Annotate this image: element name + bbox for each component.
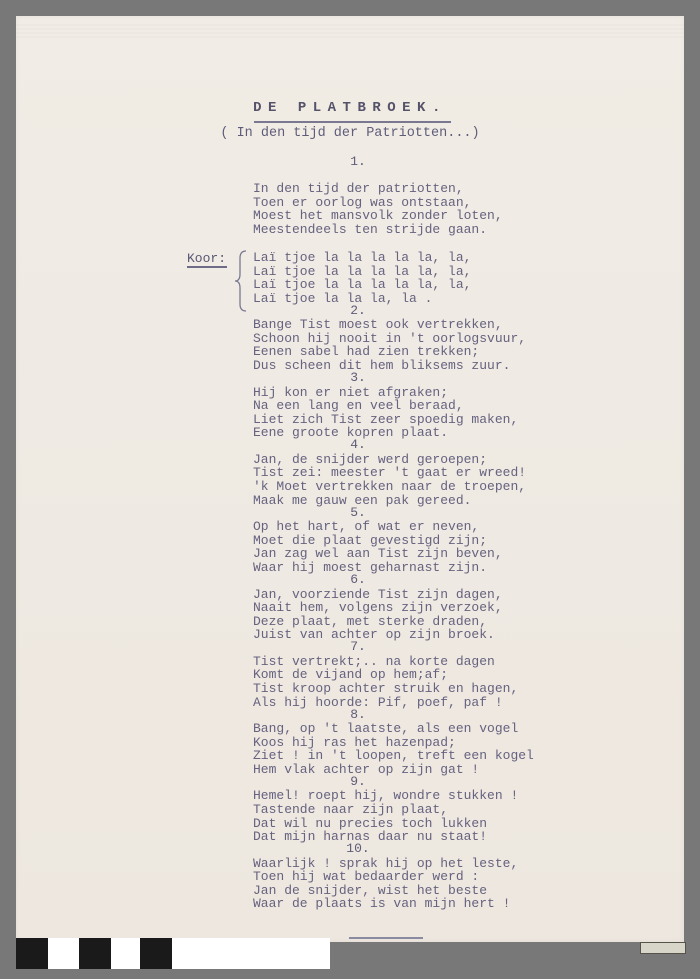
verse-2: Bange Tist moest ook vertrekken,Schoon h…	[253, 318, 526, 372]
verse-line: Dat wil nu precies toch lukken	[253, 817, 518, 831]
verse-number: 4.	[0, 438, 700, 452]
verse-line: Hemel! roept hij, wondre stukken !	[253, 789, 518, 803]
verse-line: Tastende naar zijn plaat,	[253, 803, 518, 817]
verse-line: Tist kroop achter struik en hagen,	[253, 682, 518, 696]
verse-number: 7.	[0, 640, 700, 654]
verse-line: Moest het mansvolk zonder loten,	[253, 209, 503, 223]
verse-line: Bang, op 't laatste, als een vogel	[253, 722, 534, 736]
verse-line: Moet die plaat gevestigd zijn;	[253, 534, 503, 548]
verse-4: Jan, de snijder werd geroepen;Tist zei: …	[253, 453, 526, 507]
verse-line: Schoon hij nooit in 't oorlogsvuur,	[253, 332, 526, 346]
verse-number: 6.	[0, 573, 700, 587]
verse-line: Hij kon er niet afgraken;	[253, 386, 518, 400]
color-scale-bar	[16, 938, 330, 969]
verse-6: Jan, voorziende Tist zijn dagen,Naait he…	[253, 588, 503, 642]
brace-icon	[234, 250, 248, 312]
archive-label-tag	[640, 942, 686, 954]
koor-underline	[187, 266, 227, 268]
verse-line: Waarlijk ! sprak hij op het leste,	[253, 857, 518, 871]
scale-segment	[111, 938, 140, 969]
verse-number: 3.	[0, 371, 700, 385]
verse-line: Bange Tist moest ook vertrekken,	[253, 318, 526, 332]
verse-number: 9.	[0, 775, 700, 789]
verse-line: 'k Moet vertrekken naar de troepen,	[253, 480, 526, 494]
verse-line: Meestendeels ten strijde gaan.	[253, 223, 503, 237]
koor-label: Koor:	[187, 251, 226, 266]
verse-number: 5.	[0, 506, 700, 520]
verse-line: Waar de plaats is van mijn hert !	[253, 897, 518, 911]
verse-line: Laï tjoe la la la la la, la,	[253, 251, 471, 265]
verse-5: Op het hart, of wat er neven,Moet die pl…	[253, 520, 503, 574]
verse-line: Jan de snijder, wist het beste	[253, 884, 518, 898]
verse-line: Laï tjoe la la la la la, la,	[253, 265, 471, 279]
verse-10: Waarlijk ! sprak hij op het leste,Toen h…	[253, 857, 518, 911]
verse-9: Hemel! roept hij, wondre stukken !Tasten…	[253, 789, 518, 843]
verse-line: Tist zei: meester 't gaat er wreed!	[253, 466, 526, 480]
verse-line: Jan, voorziende Tist zijn dagen,	[253, 588, 503, 602]
document-subtitle: ( In den tijd der Patriotten...)	[0, 126, 700, 141]
verse-number: 10.	[0, 842, 700, 856]
verse-number: 1.	[0, 155, 700, 169]
verse-line: Koos hij ras het hazenpad;	[253, 736, 534, 750]
verse-1: In den tijd der patriotten,Toen er oorlo…	[253, 182, 503, 236]
verse-line: Toen er oorlog was ontstaan,	[253, 196, 503, 210]
verse-line: Eenen sabel had zien trekken;	[253, 345, 526, 359]
verse-line: Na een lang en veel beraad,	[253, 399, 518, 413]
verse-8: Bang, op 't laatste, als een vogelKoos h…	[253, 722, 534, 776]
koor-stanza: Laï tjoe la la la la la, la,Laï tjoe la …	[253, 251, 471, 305]
verse-line: Jan, de snijder werd geroepen;	[253, 453, 526, 467]
verse-line: Deze plaat, met sterke draden,	[253, 615, 503, 629]
verse-line: Jan zag wel aan Tist zijn beven,	[253, 547, 503, 561]
verse-line: In den tijd der patriotten,	[253, 182, 503, 196]
scale-segment	[140, 938, 172, 969]
verse-3: Hij kon er niet afgraken;Na een lang en …	[253, 386, 518, 440]
verse-7: Tist vertrekt;.. na korte dagenKomt de v…	[253, 655, 518, 709]
title-underline	[254, 121, 451, 123]
page-bottom-mark	[349, 937, 423, 939]
verse-line: Komt de vijand op hem;af;	[253, 668, 518, 682]
verse-line: Toen hij wat bedaarder werd :	[253, 870, 518, 884]
verse-line: Liet zich Tist zeer spoedig maken,	[253, 413, 518, 427]
scale-segment	[48, 938, 79, 969]
verse-line: Ziet ! in 't loopen, treft een kogel	[253, 749, 534, 763]
verse-line: Naait hem, volgens zijn verzoek,	[253, 601, 503, 615]
scale-segment	[79, 938, 111, 969]
verse-line: Laï tjoe la la la la la, la,	[253, 278, 471, 292]
scale-segment	[172, 938, 330, 969]
scale-segment	[16, 938, 48, 969]
document-title: DE PLATBROEK.	[0, 100, 700, 116]
verse-number: 8.	[0, 708, 700, 722]
verse-line: Tist vertrekt;.. na korte dagen	[253, 655, 518, 669]
verse-number: 2.	[0, 304, 700, 318]
verse-line: Op het hart, of wat er neven,	[253, 520, 503, 534]
